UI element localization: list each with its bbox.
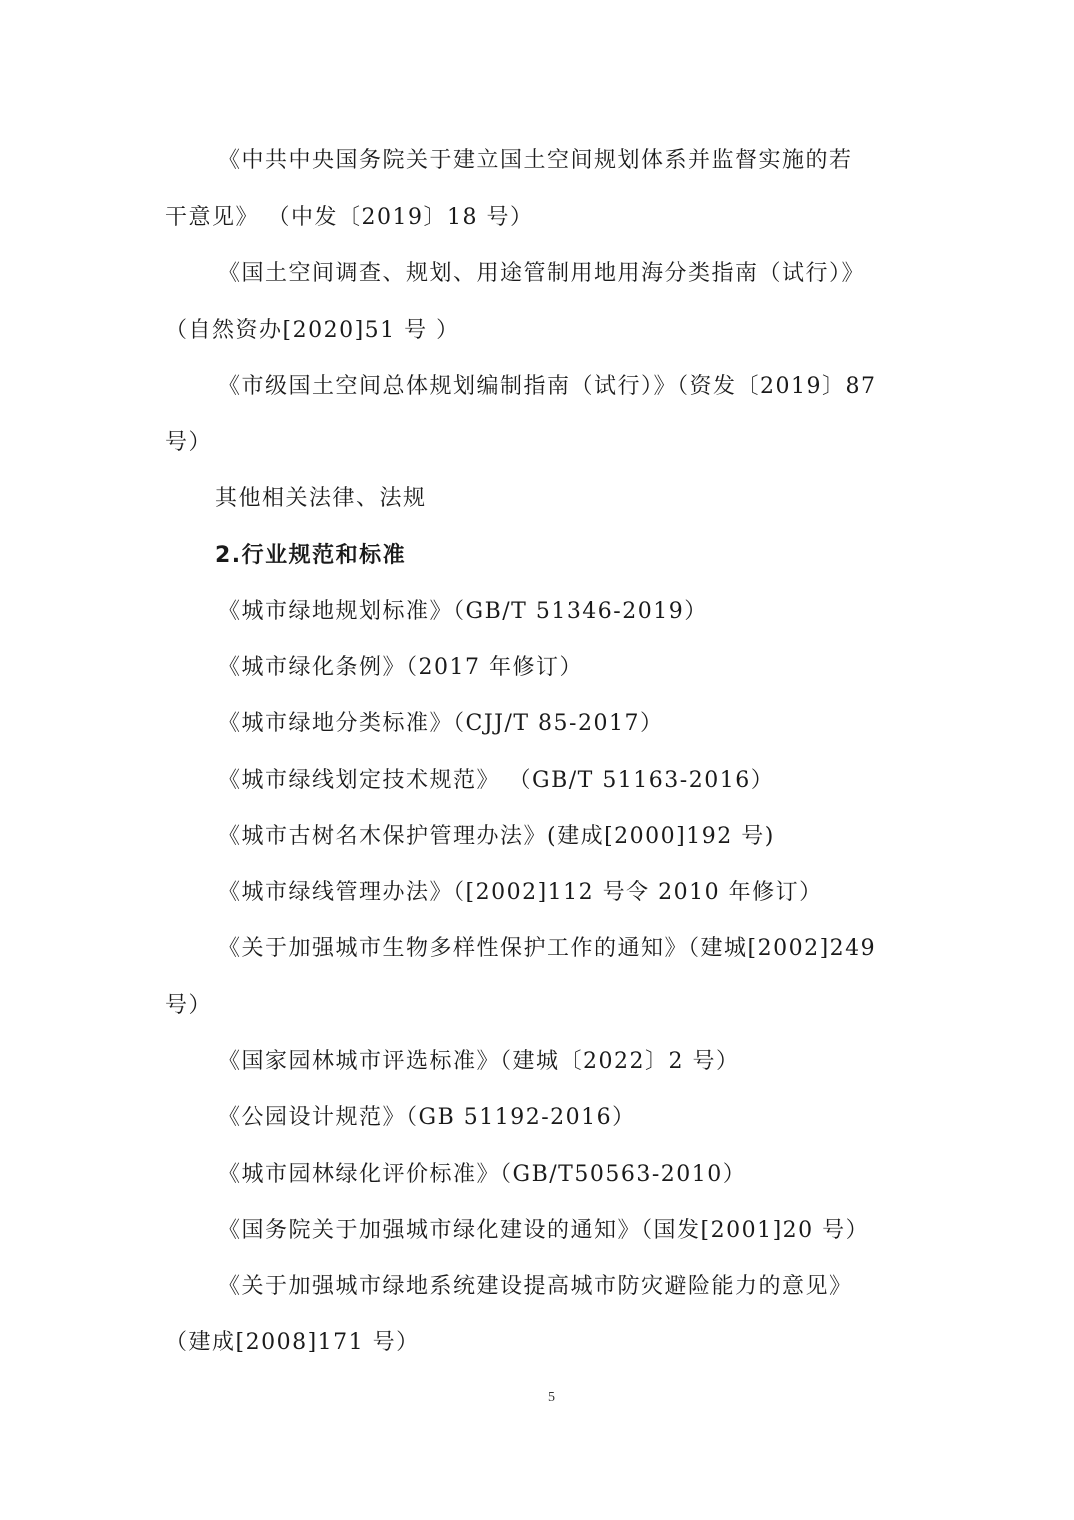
- reference-item: 《城市绿化条例》（2017 年修订）: [218, 653, 583, 683]
- reference-item: 《城市古树名木保护管理办法》(建成[2000]192 号): [218, 822, 775, 852]
- reference-item: 《关于加强城市绿地系统建设提高城市防灾避险能力的意见》: [218, 1272, 853, 1302]
- text-line: 干意见》 （中发〔2019〕18 号）: [165, 203, 533, 233]
- reference-item: 《城市绿线划定技术规范》 （GB/T 51163-2016）: [218, 766, 774, 796]
- reference-item: 《关于加强城市生物多样性保护工作的通知》（建城[2002]249: [218, 934, 876, 964]
- text-line: 《中共中央国务院关于建立国土空间规划体系并监督实施的若: [218, 146, 853, 176]
- section-heading: 2.行业规范和标准: [215, 541, 406, 571]
- text-line: 《市级国土空间总体规划编制指南（试行）》（资发〔2019〕87: [218, 372, 876, 402]
- reference-item: 《国家园林城市评选标准》（建城〔2022〕2 号）: [218, 1047, 739, 1077]
- reference-item-continuation: （建成[2008]171 号）: [165, 1328, 420, 1358]
- text-line: （自然资办[2020]51 号 ）: [165, 316, 460, 346]
- page-number: 5: [548, 1390, 555, 1406]
- reference-item: 《城市绿地规划标准》（GB/T 51346-2019）: [218, 597, 708, 627]
- reference-item: 《城市绿地分类标准》（CJJ/T 85-2017）: [218, 709, 663, 739]
- reference-item: 《国务院关于加强城市绿化建设的通知》（国发[2001]20 号）: [218, 1216, 869, 1246]
- text-line: 《国土空间调查、规划、用途管制用地用海分类指南（试行）》: [218, 259, 865, 289]
- text-line: 其他相关法律、法规: [215, 484, 427, 514]
- reference-item: 《公园设计规范》（GB 51192-2016）: [218, 1103, 636, 1133]
- text-line: 号）: [165, 428, 212, 458]
- document-page: 《中共中央国务院关于建立国土空间规划体系并监督实施的若 干意见》 （中发〔201…: [0, 0, 1074, 1520]
- reference-item-continuation: 号）: [165, 991, 212, 1021]
- reference-item: 《城市绿线管理办法》（[2002]112 号令 2010 年修订）: [218, 878, 823, 908]
- reference-item: 《城市园林绿化评价标准》（GB/T50563-2010）: [218, 1160, 746, 1190]
